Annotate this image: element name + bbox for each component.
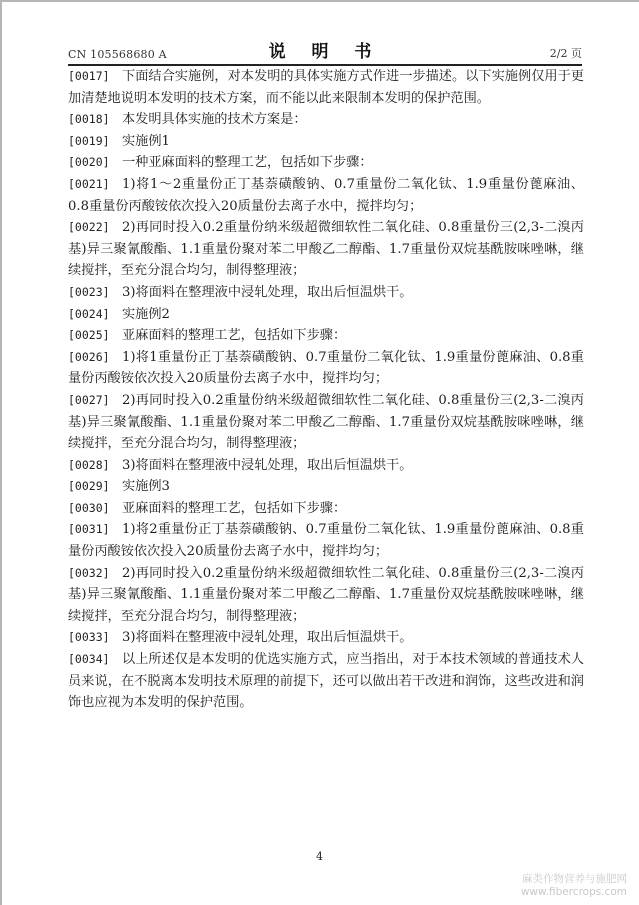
paragraph-tag: [0033]	[68, 627, 122, 649]
paragraph-text: 1)将1～2重量份正丁基萘磺酸钠、0.7重量份二氧化钛、1.9重量份蓖麻油、0.…	[68, 177, 584, 214]
paragraph-tag: [0017]	[68, 66, 122, 88]
paragraph-0021: [0021]1)将1～2重量份正丁基萘磺酸钠、0.7重量份二氧化钛、1.9重量份…	[68, 174, 584, 217]
paragraph-tag: [0034]	[68, 649, 122, 671]
document-header: CN 105568680 A 说 明 书 2/2 页	[68, 42, 582, 66]
paragraph-tag: [0022]	[68, 217, 122, 239]
paragraph-text: 1)将2重量份正丁基萘磺酸钠、0.7重量份二氧化钛、1.9重量份蓖麻油、0.8重…	[68, 522, 584, 559]
paragraph-tag: [0025]	[68, 325, 122, 347]
paragraph-text: 亚麻面料的整理工艺，包括如下步骤：	[122, 501, 346, 516]
paragraph-0022: [0022]2)再同时投入0.2重量份纳米级超微细软性二氧化硅、0.8重量份三(…	[68, 217, 584, 282]
page-number: 4	[0, 850, 639, 863]
paragraph-0019: [0019]实施例1	[68, 131, 584, 153]
paragraph-text: 一种亚麻面料的整理工艺，包括如下步骤：	[122, 155, 373, 170]
paragraph-0024: [0024]实施例2	[68, 304, 584, 326]
paragraph-tag: [0032]	[68, 563, 122, 585]
page-indicator: 2/2 页	[550, 45, 582, 61]
paragraph-tag: [0031]	[68, 519, 122, 541]
paragraph-text: 以上所述仅是本发明的优选实施方式，应当指出，对于本技术领域的普通技术人员来说，在…	[68, 652, 584, 710]
paragraph-tag: [0029]	[68, 476, 122, 498]
paragraph-0033: [0033]3)将面料在整理液中浸轧处理，取出后恒温烘干。	[68, 627, 584, 649]
paragraph-0034: [0034]以上所述仅是本发明的优选实施方式，应当指出，对于本技术领域的普通技术…	[68, 649, 584, 714]
paragraph-text: 本发明具体实施的技术方案是：	[122, 112, 307, 127]
paragraph-text: 3)将面料在整理液中浸轧处理，取出后恒温烘干。	[122, 285, 412, 300]
paragraph-text: 2)再同时投入0.2重量份纳米级超微细软性二氧化硅、0.8重量份三(2,3-二溴…	[68, 220, 584, 278]
document-title: 说 明 书	[68, 37, 582, 62]
paragraph-tag: [0020]	[68, 152, 122, 174]
paragraph-0031: [0031]1)将2重量份正丁基萘磺酸钠、0.7重量份二氧化钛、1.9重量份蓖麻…	[68, 519, 584, 562]
paragraph-0029: [0029]实施例3	[68, 476, 584, 498]
paragraph-0028: [0028]3)将面料在整理液中浸轧处理，取出后恒温烘干。	[68, 455, 584, 477]
watermark-url: www.fibercrops.com	[521, 886, 627, 899]
paragraph-text: 2)再同时投入0.2重量份纳米级超微细软性二氧化硅、0.8重量份三(2,3-二溴…	[68, 566, 584, 624]
paragraph-0018: [0018]本发明具体实施的技术方案是：	[68, 109, 584, 131]
paragraph-0025: [0025]亚麻面料的整理工艺，包括如下步骤：	[68, 325, 584, 347]
paragraph-tag: [0021]	[68, 174, 122, 196]
paragraph-tag: [0018]	[68, 109, 122, 131]
paragraph-text: 3)将面料在整理液中浸轧处理，取出后恒温烘干。	[122, 458, 412, 473]
paragraph-text: 下面结合实施例，对本发明的具体实施方式作进一步描述。以下实施例仅用于更加清楚地说…	[68, 69, 584, 106]
watermark: 麻类作物营养与施肥网 www.fibercrops.com	[521, 873, 627, 899]
paragraph-0026: [0026]1)将1重量份正丁基萘磺酸钠、0.7重量份二氧化钛、1.9重量份蓖麻…	[68, 347, 584, 390]
paragraph-text: 实施例1	[122, 134, 170, 149]
paragraph-text: 实施例2	[122, 307, 170, 322]
paragraph-text: 1)将1重量份正丁基萘磺酸钠、0.7重量份二氧化钛、1.9重量份蓖麻油、0.8重…	[68, 350, 584, 387]
paragraph-0032: [0032]2)再同时投入0.2重量份纳米级超微细软性二氧化硅、0.8重量份三(…	[68, 563, 584, 628]
paragraph-tag: [0027]	[68, 390, 122, 412]
paragraph-tag: [0030]	[68, 498, 122, 520]
paragraph-text: 2)再同时投入0.2重量份纳米级超微细软性二氧化硅、0.8重量份三(2,3-二溴…	[68, 393, 584, 451]
paragraph-0023: [0023]3)将面料在整理液中浸轧处理，取出后恒温烘干。	[68, 282, 584, 304]
paragraph-tag: [0024]	[68, 304, 122, 326]
paragraph-tag: [0023]	[68, 282, 122, 304]
document-body: [0017]下面结合实施例，对本发明的具体实施方式作进一步描述。以下实施例仅用于…	[68, 66, 584, 714]
paragraph-0027: [0027]2)再同时投入0.2重量份纳米级超微细软性二氧化硅、0.8重量份三(…	[68, 390, 584, 455]
paragraph-0030: [0030]亚麻面料的整理工艺，包括如下步骤：	[68, 498, 584, 520]
paragraph-text: 3)将面料在整理液中浸轧处理，取出后恒温烘干。	[122, 630, 412, 645]
paragraph-tag: [0026]	[68, 347, 122, 369]
paragraph-text: 亚麻面料的整理工艺，包括如下步骤：	[122, 328, 346, 343]
paragraph-tag: [0019]	[68, 131, 122, 153]
paragraph-0017: [0017]下面结合实施例，对本发明的具体实施方式作进一步描述。以下实施例仅用于…	[68, 66, 584, 109]
watermark-site-name: 麻类作物营养与施肥网	[521, 873, 627, 886]
paragraph-text: 实施例3	[122, 479, 170, 494]
paragraph-0020: [0020]一种亚麻面料的整理工艺，包括如下步骤：	[68, 152, 584, 174]
paragraph-tag: [0028]	[68, 455, 122, 477]
